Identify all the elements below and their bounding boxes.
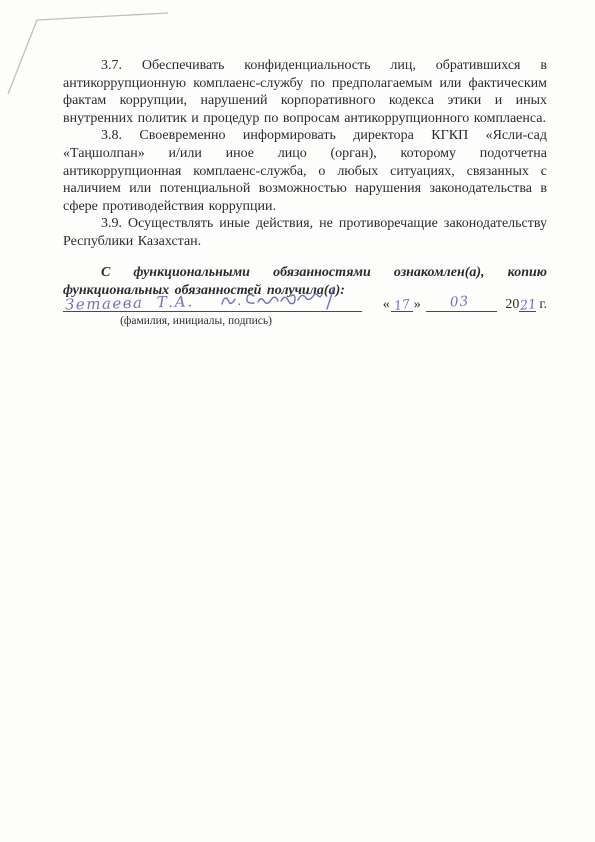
document-page: 3.7. Обеспечивать конфиденциальность лиц… bbox=[0, 0, 595, 842]
paragraph-3-7: 3.7. Обеспечивать конфиденциальность лиц… bbox=[63, 57, 547, 127]
handwritten-month: 03 bbox=[449, 293, 469, 310]
signature-caption: (фамилия, инициалы, подпись) bbox=[83, 315, 309, 327]
handwritten-name: Зетаева Т.А. bbox=[65, 292, 194, 313]
year-prefix-printed: 20 bbox=[505, 297, 519, 312]
signature-row: Зетаева Т.А. « 17 » 03 bbox=[63, 292, 547, 312]
date-month-slot: 03 bbox=[426, 293, 498, 312]
handwritten-year: 21 bbox=[520, 297, 538, 314]
date-year-slot: 21 bbox=[519, 293, 536, 312]
paragraph-3-9: 3.9. Осуществлять иные действия, не прот… bbox=[63, 215, 547, 250]
paragraph-3-8: 3.8. Своевременно информировать директор… bbox=[63, 127, 547, 215]
date-open-quote: « bbox=[382, 298, 391, 312]
era-label-printed: г. bbox=[539, 297, 547, 312]
date-day-slot: 17 bbox=[391, 293, 413, 312]
document-body: 3.7. Обеспечивать конфиденциальность лиц… bbox=[63, 57, 547, 327]
handwritten-day: 17 bbox=[393, 295, 411, 312]
date-close-quote: » bbox=[413, 298, 422, 312]
signature-name-line: Зетаева Т.А. bbox=[63, 291, 362, 312]
signature-flourish-ink bbox=[218, 285, 338, 313]
